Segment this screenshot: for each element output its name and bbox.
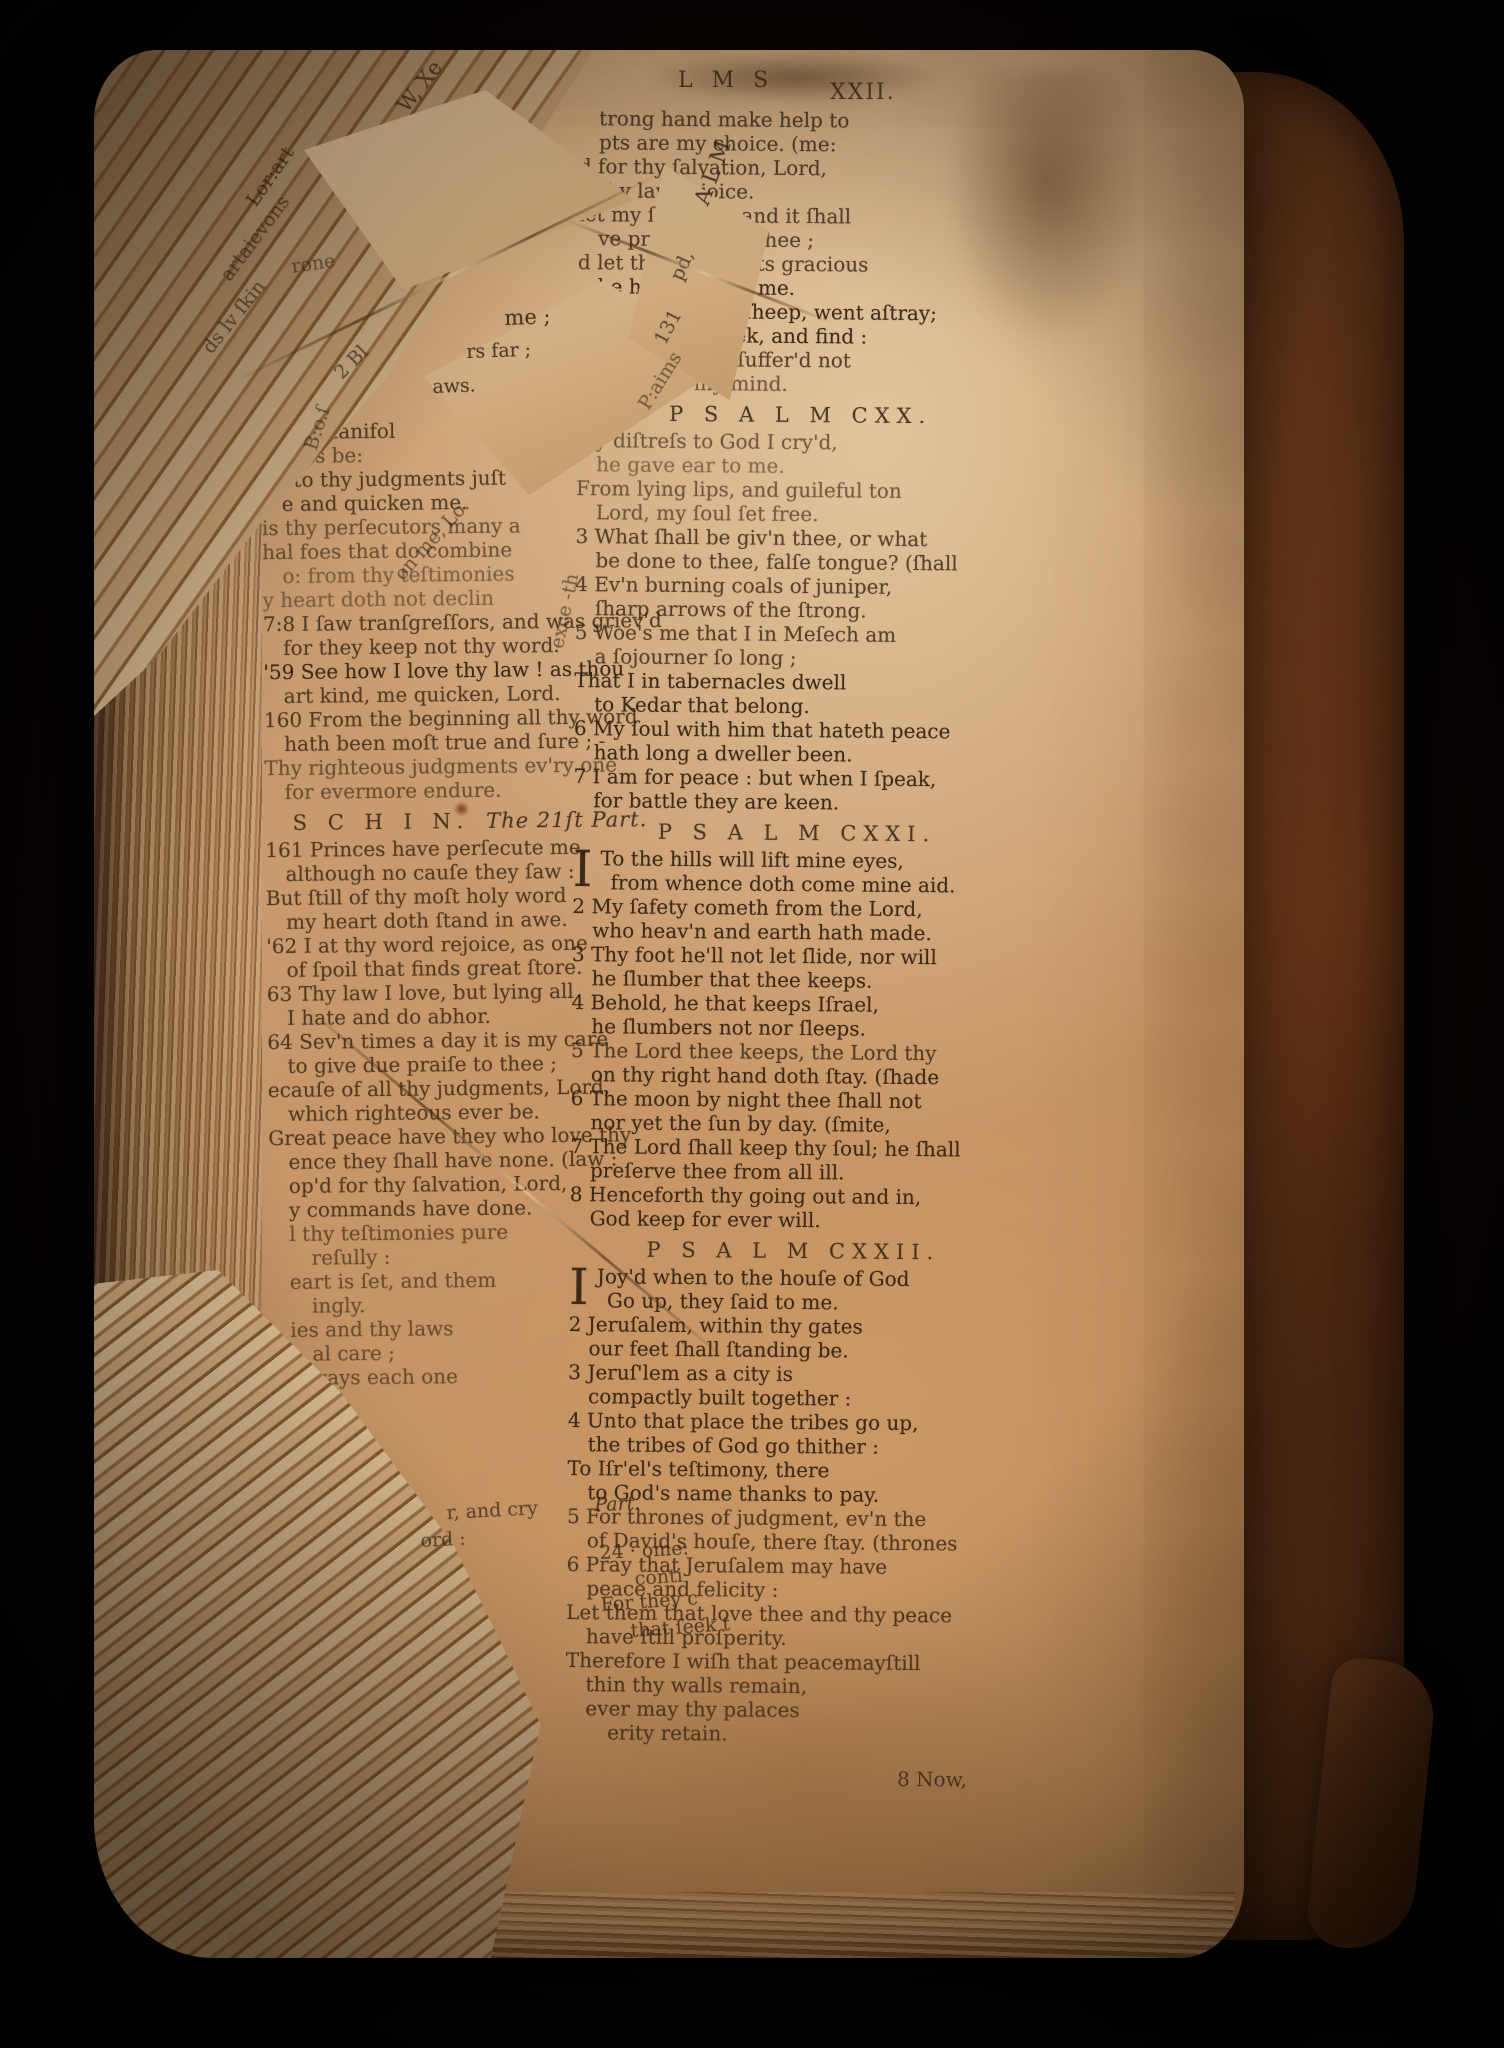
- psalm-heading: P S A L M CXXI.: [573, 819, 1021, 847]
- psalter-book: L M S XXII. t and manifoles be:ng to thy…: [94, 50, 1406, 1965]
- torn-text-fragment: conti: [634, 1565, 683, 1590]
- torn-text-fragment: ord :: [420, 1528, 466, 1552]
- photo-background: L M S XXII. t and manifoles be:ng to thy…: [0, 0, 1504, 2048]
- page-block: L M S XXII. t and manifoles be:ng to thy…: [94, 50, 1244, 1958]
- running-header-title-fragment: L M S: [678, 68, 774, 93]
- torn-text-fragment: r, and cry: [446, 1497, 538, 1524]
- torn-text-fragment: me ;: [504, 304, 551, 330]
- torn-text-fragment: 24 · ome:: [599, 1537, 689, 1564]
- running-header-number-fragment: XXII.: [830, 80, 896, 105]
- torn-text-fragment: Part.: [594, 1492, 641, 1516]
- torn-text-fragment: aws.: [432, 374, 476, 398]
- psalm-heading: P S A L M CXXII.: [569, 1237, 1017, 1265]
- catchword: 8 Now,: [565, 1764, 1013, 1792]
- text-line: God keep for ever will.: [570, 1206, 1018, 1234]
- text-line: for battle they are keen.: [573, 788, 1021, 816]
- torn-text-fragment: rs far ;: [466, 339, 531, 363]
- text-line: erity retain.: [565, 1720, 1013, 1748]
